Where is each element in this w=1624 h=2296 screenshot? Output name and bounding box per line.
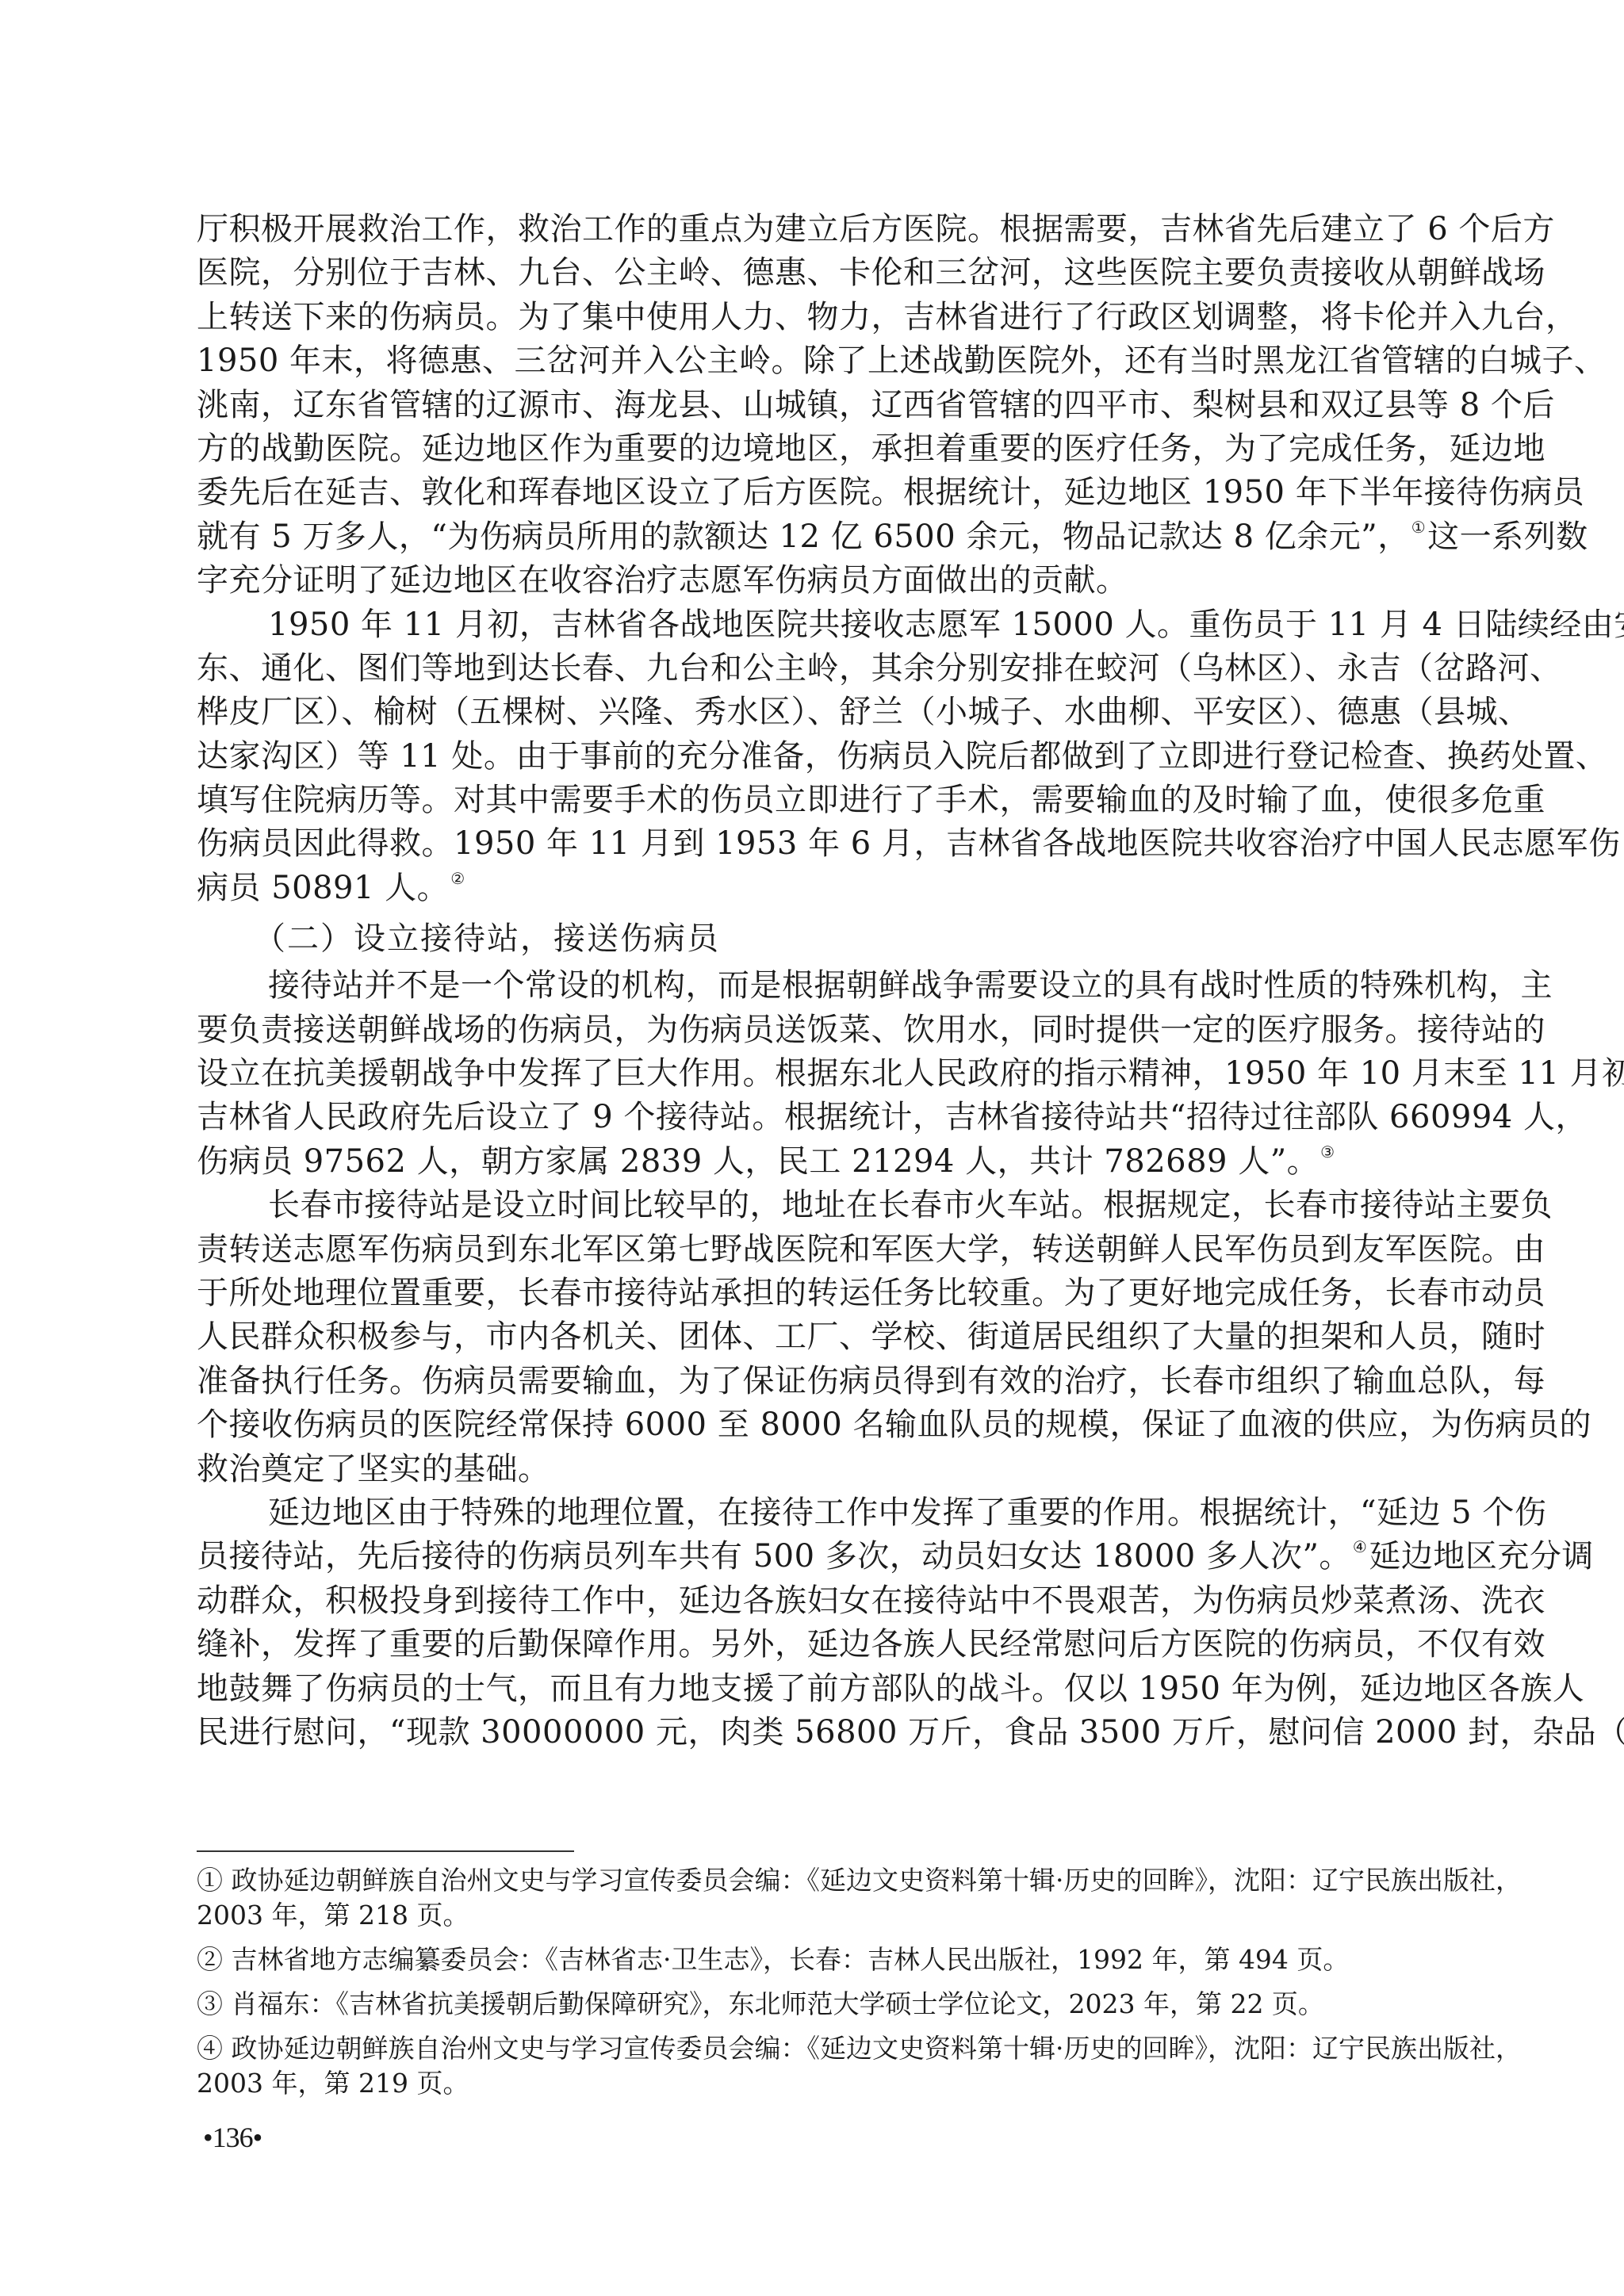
page-number: •136• — [203, 2122, 262, 2153]
text-line: 吉林省人民政府先后设立了 9 个接待站。根据统计，吉林省接待站共“招待过往部队 … — [197, 1096, 1429, 1139]
footnote-1: ① 政协延边朝鲜族自治州文史与学习宣传委员会编：《延边文史资料第十辑·历史的回眸… — [197, 1863, 1429, 1933]
footnote-line: 2003 年，第 218 页。 — [197, 1898, 1429, 1933]
text-line: 医院，分别位于吉林、九台、公主岭、德惠、卡伦和三岔河，这些医院主要负责接收从朝鲜… — [197, 251, 1429, 295]
text-line: 于所处地理位置重要，长春市接待站承担的转运任务比较重。为了更好地完成任务，长春市… — [197, 1272, 1429, 1315]
footnote-3: ③ 肖福东：《吉林省抗美援朝后勤保障研究》，东北师范大学硕士学位论文，2023 … — [197, 1987, 1429, 2022]
text-line: 厅积极开展救治工作，救治工作的重点为建立后方医院。根据需要，吉林省先后建立了 6… — [197, 208, 1429, 251]
footnote-ref-3[interactable]: ③ — [1320, 1142, 1335, 1161]
footnote-line: ① 政协延边朝鲜族自治州文史与学习宣传委员会编：《延边文史资料第十辑·历史的回眸… — [197, 1863, 1429, 1898]
text-line: 达家沟区）等 11 处。由于事前的充分准备，伤病员入院后都做到了立即进行登记检查… — [197, 735, 1429, 779]
text-line: 要负责接送朝鲜战场的伤病员，为伤病员送饭菜、饮用水，同时提供一定的医疗服务。接待… — [197, 1008, 1429, 1052]
text-line: 伤病员因此得救。1950 年 11 月到 1953 年 6 月，吉林省各战地医院… — [197, 822, 1429, 866]
footnote-line: ③ 肖福东：《吉林省抗美援朝后勤保障研究》，东北师范大学硕士学位论文，2023 … — [197, 1987, 1429, 2022]
text-line: 接待站并不是一个常设的机构，而是根据朝鲜战争需要设立的具有战时性质的特殊机构，主 — [197, 964, 1429, 1008]
text-line: 地鼓舞了伤病员的士气，而且有力地支援了前方部队的战斗。仅以 1950 年为例，延… — [197, 1667, 1429, 1711]
text-line-with-footnote: 伤病员 97562 人，朝方家属 2839 人，民工 21294 人，共计 78… — [197, 1140, 1429, 1184]
footnote-ref-1[interactable]: ① — [1411, 518, 1426, 537]
text-segment: 伤病员 97562 人，朝方家属 2839 人，民工 21294 人，共计 78… — [197, 1143, 1319, 1180]
text-line: 字充分证明了延边地区在收容治疗志愿军伤病员方面做出的贡献。 — [197, 559, 1429, 603]
text-line: 填写住院病历等。对其中需要手术的伤员立即进行了手术，需要输血的及时输了血，使很多… — [197, 779, 1429, 822]
text-line: 1950 年末，将德惠、三岔河并入公主岭。除了上述战勤医院外，还有当时黑龙江省管… — [197, 339, 1429, 383]
text-segment: 这一系列数 — [1427, 519, 1588, 555]
text-line: 东、通化、图们等地到达长春、九台和公主岭，其余分别安排在蛟河（乌林区）、永吉（岔… — [197, 647, 1429, 691]
text-segment: 病员 50891 人。 — [197, 870, 449, 906]
text-segment: 就有 5 万多人，“为伤病员所用的款额达 12 亿 6500 余元，物品记款达 … — [197, 519, 1410, 555]
text-line: 民进行慰问，“现款 30000000 元，肉类 56800 万斤，食品 3500… — [197, 1711, 1429, 1755]
footnote-line: ② 吉林省地方志编纂委员会：《吉林省志·卫生志》，长春：吉林人民出版社，1992… — [197, 1942, 1429, 1977]
body-text: 厅积极开展救治工作，救治工作的重点为建立后方医院。根据需要，吉林省先后建立了 6… — [197, 208, 1429, 1755]
paragraph-1: 厅积极开展救治工作，救治工作的重点为建立后方医院。根据需要，吉林省先后建立了 6… — [197, 208, 1429, 603]
footnote-line: 2003 年，第 219 页。 — [197, 2066, 1429, 2101]
text-line: 上转送下来的伤病员。为了集中使用人力、物力，吉林省进行了行政区划调整，将卡伦并入… — [197, 296, 1429, 339]
text-line: 责转送志愿军伤病员到东北军区第七野战医院和军医大学，转送朝鲜人民军伤员到友军医院… — [197, 1228, 1429, 1272]
text-line: 个接收伤病员的医院经常保持 6000 至 8000 名输血队员的规模，保证了血液… — [197, 1403, 1429, 1447]
footnote-4: ④ 政协延边朝鲜族自治州文史与学习宣传委员会编：《延边文史资料第十辑·历史的回眸… — [197, 2031, 1429, 2101]
paragraph-4: 长春市接待站是设立时间比较早的，地址在长春市火车站。根据规定，长春市接待站主要负… — [197, 1184, 1429, 1491]
text-line-with-footnote: 病员 50891 人。② — [197, 867, 1429, 910]
paragraph-3: 接待站并不是一个常设的机构，而是根据朝鲜战争需要设立的具有战时性质的特殊机构，主… — [197, 964, 1429, 1184]
text-line: 委先后在延吉、敦化和珲春地区设立了后方医院。根据统计，延边地区 1950 年下半… — [197, 471, 1429, 515]
document-page: 厅积极开展救治工作，救治工作的重点为建立后方医院。根据需要，吉林省先后建立了 6… — [197, 0, 1429, 2296]
text-line: 缝补，发挥了重要的后勤保障作用。另外，延边各族人民经常慰问后方医院的伤病员，不仅… — [197, 1623, 1429, 1667]
footnote-ref-2[interactable]: ② — [450, 869, 465, 888]
text-line: 人民群众积极参与，市内各机关、团体、工厂、学校、街道居民组织了大量的担架和人员，… — [197, 1315, 1429, 1359]
text-line: 长春市接待站是设立时间比较早的，地址在长春市火车站。根据规定，长春市接待站主要负 — [197, 1184, 1429, 1227]
footnote-2: ② 吉林省地方志编纂委员会：《吉林省志·卫生志》，长春：吉林人民出版社，1992… — [197, 1942, 1429, 1977]
text-line: 延边地区由于特殊的地理位置，在接待工作中发挥了重要的作用。根据统计，“延边 5 … — [197, 1491, 1429, 1535]
footnote-divider — [197, 1850, 574, 1852]
text-segment: 延边地区充分调 — [1369, 1538, 1594, 1575]
paragraph-5: 延边地区由于特殊的地理位置，在接待工作中发挥了重要的作用。根据统计，“延边 5 … — [197, 1491, 1429, 1755]
section-heading: （二）设立接待站，接送伤病员 — [197, 913, 1429, 964]
text-line-with-footnote: 就有 5 万多人，“为伤病员所用的款额达 12 亿 6500 余元，物品记款达 … — [197, 515, 1429, 559]
footnote-ref-4[interactable]: ④ — [1353, 1537, 1367, 1556]
text-line: 准备执行任务。伤病员需要输血，为了保证伤病员得到有效的治疗，长春市组织了输血总队… — [197, 1360, 1429, 1403]
text-line-with-footnote: 员接待站，先后接待的伤病员列车共有 500 多次，动员妇女达 18000 多人次… — [197, 1535, 1429, 1578]
text-line: 1950 年 11 月初，吉林省各战地医院共接收志愿军 15000 人。重伤员于… — [197, 603, 1429, 647]
text-line: 方的战勤医院。延边地区作为重要的边境地区，承担着重要的医疗任务，为了完成任务，延… — [197, 427, 1429, 471]
text-segment: 员接待站，先后接待的伤病员列车共有 500 多次，动员妇女达 18000 多人次… — [197, 1538, 1351, 1575]
text-line: 设立在抗美援朝战争中发挥了巨大作用。根据东北人民政府的指示精神，1950 年 1… — [197, 1052, 1429, 1096]
text-line: 桦皮厂区）、榆树（五棵树、兴隆、秀水区）、舒兰（小城子、水曲柳、平安区）、德惠（… — [197, 691, 1429, 734]
paragraph-2: 1950 年 11 月初，吉林省各战地医院共接收志愿军 15000 人。重伤员于… — [197, 603, 1429, 911]
footnote-line: ④ 政协延边朝鲜族自治州文史与学习宣传委员会编：《延边文史资料第十辑·历史的回眸… — [197, 2031, 1429, 2066]
text-line: 洮南，辽东省管辖的辽源市、海龙县、山城镇，辽西省管辖的四平市、梨树县和双辽县等 … — [197, 384, 1429, 427]
text-line: 救治奠定了坚实的基础。 — [197, 1448, 1429, 1491]
text-line: 动群众，积极投身到接待工作中，延边各族妇女在接待站中不畏艰苦，为伤病员炒菜煮汤、… — [197, 1579, 1429, 1623]
footnotes: ① 政协延边朝鲜族自治州文史与学习宣传委员会编：《延边文史资料第十辑·历史的回眸… — [197, 1863, 1429, 2110]
